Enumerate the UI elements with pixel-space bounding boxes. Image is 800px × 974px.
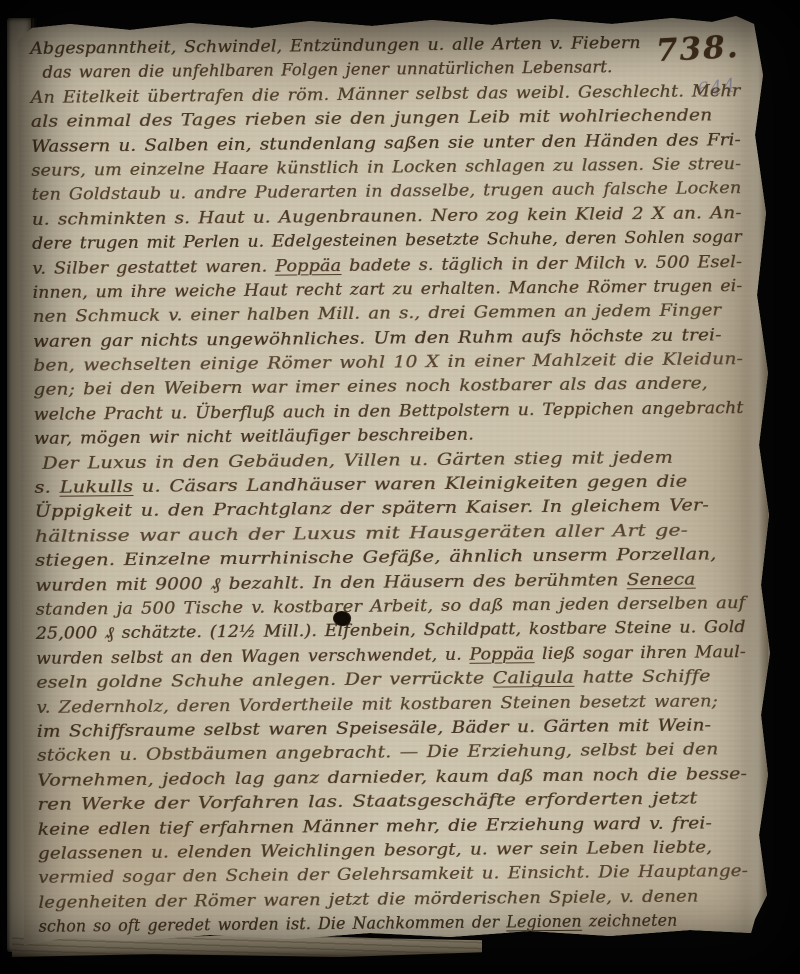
manuscript-text: Abgespanntheit, Schwindel, Entzündungen … — [30, 30, 755, 939]
manuscript-page: 738. 644 Abgespanntheit, Schwindel, Entz… — [10, 13, 776, 957]
handwritten-line-text: schon so oft geredet worden ist. Die Nac… — [38, 909, 677, 940]
photo-background: { "page": { "page_number": "738.", "foli… — [0, 0, 800, 974]
